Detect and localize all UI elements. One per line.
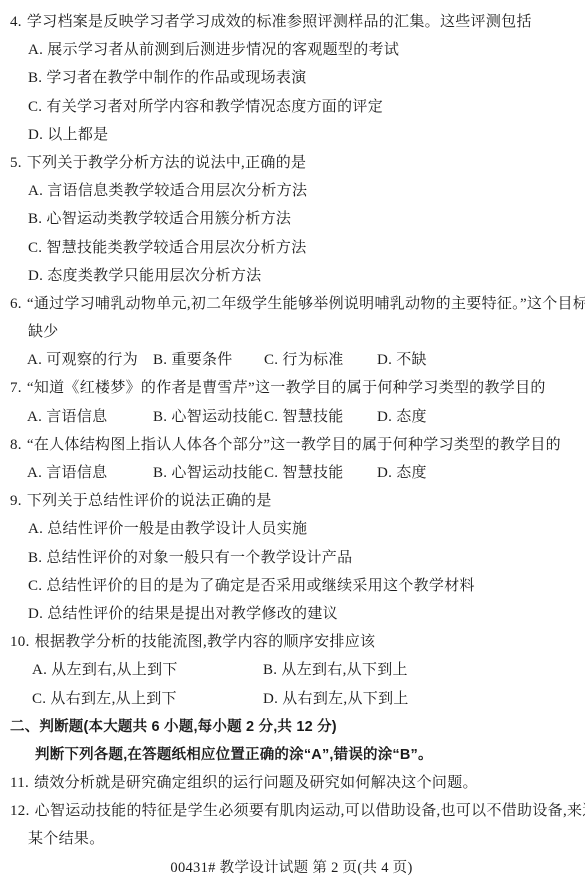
- question-option: B. 学习者在教学中制作的作品或现场表演: [28, 70, 307, 86]
- question-number: 7.: [10, 380, 22, 396]
- option-row: A. 言语信息B. 心智运动技能C. 智慧技能D. 态度: [10, 459, 573, 487]
- option-row: A. 从左到右,从上到下B. 从左到右,从下到上: [10, 656, 573, 684]
- exam-page: 4.学习档案是反映学习者学习成效的标准参照评测样品的汇集。这些评测包括A. 展示…: [0, 0, 585, 885]
- question-option: A. 言语信息: [27, 459, 153, 487]
- question-option: B. 心智运动技能: [153, 403, 264, 431]
- question-option: C. 有关学习者对所学内容和教学情况态度方面的评定: [28, 99, 383, 115]
- question-line: 缺少: [10, 318, 573, 346]
- question-text: “知道《红楼梦》的作者是曹雪芹”这一教学目的属于何种学习类型的教学目的: [27, 380, 546, 396]
- question-option: B. 从左到右,从下到上: [263, 656, 573, 684]
- option-line: A. 展示学习者从前测到后测进步情况的客观题型的考试: [10, 36, 573, 64]
- question-option: C. 从右到左,从上到下: [32, 685, 263, 713]
- option-line: D. 态度类教学只能用层次分析方法: [10, 262, 573, 290]
- option-line: A. 言语信息类教学较适合用层次分析方法: [10, 177, 573, 205]
- question-option: B. 心智运动技能: [153, 459, 264, 487]
- question-option: C. 总结性评价的目的是为了确定是否采用或继续采用这个教学材料: [28, 578, 475, 594]
- section-instruction: 判断下列各题,在答题纸相应位置正确的涂“A”,错误的涂“B”。: [10, 741, 573, 769]
- question-block: 9.下列关于总结性评价的说法正确的是A. 总结性评价一般是由教学设计人员实施B.…: [10, 487, 573, 628]
- option-line: B. 心智运动类教学较适合用簇分析方法: [10, 205, 573, 233]
- question-option: C. 智慧技能: [264, 459, 377, 487]
- question-line: 5.下列关于教学分析方法的说法中,正确的是: [10, 149, 573, 177]
- question-option: D. 态度: [377, 403, 573, 431]
- option-row: A. 可观察的行为B. 重要条件C. 行为标准D. 不缺: [10, 346, 573, 374]
- option-line: D. 以上都是: [10, 121, 573, 149]
- option-line: B. 学习者在教学中制作的作品或现场表演: [10, 64, 573, 92]
- question-number: 9.: [10, 493, 22, 509]
- question-line: 4.学习档案是反映学习者学习成效的标准参照评测样品的汇集。这些评测包括: [10, 8, 573, 36]
- option-row: A. 言语信息B. 心智运动技能C. 智慧技能D. 态度: [10, 403, 573, 431]
- option-line: D. 总结性评价的结果是提出对教学修改的建议: [10, 600, 573, 628]
- question-number: 8.: [10, 437, 22, 453]
- question-block: 4.学习档案是反映学习者学习成效的标准参照评测样品的汇集。这些评测包括A. 展示…: [10, 8, 573, 149]
- question-line: 10.根据教学分析的技能流图,教学内容的顺序安排应该: [10, 628, 573, 656]
- question-option: C. 智慧技能类教学较适合用层次分析方法: [28, 240, 307, 256]
- question-block: 7.“知道《红楼梦》的作者是曹雪芹”这一教学目的属于何种学习类型的教学目的A. …: [10, 374, 573, 430]
- question-option: B. 心智运动类教学较适合用簇分析方法: [28, 211, 291, 227]
- question-number: 4.: [10, 14, 22, 30]
- question-option: A. 言语信息: [27, 403, 153, 431]
- question-text-continued: 某个结果。: [28, 831, 105, 847]
- question-block: 5.下列关于教学分析方法的说法中,正确的是A. 言语信息类教学较适合用层次分析方…: [10, 149, 573, 290]
- question-option: D. 从右到左,从下到上: [263, 685, 573, 713]
- question-line: 9.下列关于总结性评价的说法正确的是: [10, 487, 573, 515]
- question-option: D. 态度类教学只能用层次分析方法: [28, 268, 261, 284]
- question-block: 6.“通过学习哺乳动物单元,初二年级学生能够举例说明哺乳动物的主要特征。”这个目…: [10, 290, 573, 375]
- question-option: D. 态度: [377, 459, 573, 487]
- question-text: “在人体结构图上指认人体各个部分”这一教学目的属于何种学习类型的教学目的: [27, 437, 561, 453]
- section-header: 二、判断题(本大题共 6 小题,每小题 2 分,共 12 分): [10, 713, 573, 741]
- question-option: D. 以上都是: [28, 127, 108, 143]
- option-line: C. 总结性评价的目的是为了确定是否采用或继续采用这个教学材料: [10, 572, 573, 600]
- question-line: 6.“通过学习哺乳动物单元,初二年级学生能够举例说明哺乳动物的主要特征。”这个目…: [10, 290, 573, 318]
- question-option: B. 总结性评价的对象一般只有一个教学设计产品: [28, 550, 352, 566]
- question-line: 12.心智运动技能的特征是学生必须要有肌肉运动,可以借助设备,也可以不借助设备,…: [10, 797, 573, 825]
- question-text: 根据教学分析的技能流图,教学内容的顺序安排应该: [35, 634, 376, 650]
- question-option: D. 总结性评价的结果是提出对教学修改的建议: [28, 606, 338, 622]
- question-text: 下列关于教学分析方法的说法中,正确的是: [27, 155, 306, 171]
- question-option: D. 不缺: [377, 346, 573, 374]
- question-text: 绩效分析就是研究确定组织的运行问题及研究如何解决这个问题。: [34, 775, 478, 791]
- option-line: C. 智慧技能类教学较适合用层次分析方法: [10, 234, 573, 262]
- question-line: 11.绩效分析就是研究确定组织的运行问题及研究如何解决这个问题。: [10, 769, 573, 797]
- question-text: 心智运动技能的特征是学生必须要有肌肉运动,可以借助设备,也可以不借助设备,来达到: [35, 803, 585, 819]
- question-option: C. 智慧技能: [264, 403, 377, 431]
- question-number: 5.: [10, 155, 22, 171]
- question-number: 6.: [10, 296, 22, 312]
- question-text: “通过学习哺乳动物单元,初二年级学生能够举例说明哺乳动物的主要特征。”这个目标: [27, 296, 585, 312]
- question-line: 8.“在人体结构图上指认人体各个部分”这一教学目的属于何种学习类型的教学目的: [10, 431, 573, 459]
- question-line: 7.“知道《红楼梦》的作者是曹雪芹”这一教学目的属于何种学习类型的教学目的: [10, 374, 573, 402]
- question-option: C. 行为标准: [264, 346, 377, 374]
- question-number: 10.: [10, 634, 30, 650]
- question-text-continued: 缺少: [28, 324, 59, 340]
- question-block: 12.心智运动技能的特征是学生必须要有肌肉运动,可以借助设备,也可以不借助设备,…: [10, 797, 573, 853]
- question-block: 11.绩效分析就是研究确定组织的运行问题及研究如何解决这个问题。: [10, 769, 573, 797]
- question-block: 8.“在人体结构图上指认人体各个部分”这一教学目的属于何种学习类型的教学目的A.…: [10, 431, 573, 487]
- question-number: 11.: [10, 775, 29, 791]
- question-option: A. 言语信息类教学较适合用层次分析方法: [28, 183, 307, 199]
- exam-content: 4.学习档案是反映学习者学习成效的标准参照评测样品的汇集。这些评测包括A. 展示…: [10, 8, 573, 854]
- question-text: 下列关于总结性评价的说法正确的是: [27, 493, 272, 509]
- page-footer: 00431# 教学设计试题 第 2 页(共 4 页): [10, 854, 573, 882]
- question-option: B. 重要条件: [153, 346, 264, 374]
- question-option: A. 展示学习者从前测到后测进步情况的客观题型的考试: [28, 42, 399, 58]
- question-number: 12.: [10, 803, 30, 819]
- option-line: B. 总结性评价的对象一般只有一个教学设计产品: [10, 544, 573, 572]
- question-option: A. 从左到右,从上到下: [32, 656, 263, 684]
- option-row: C. 从右到左,从上到下D. 从右到左,从下到上: [10, 685, 573, 713]
- question-block: 10.根据教学分析的技能流图,教学内容的顺序安排应该A. 从左到右,从上到下B.…: [10, 628, 573, 713]
- question-text: 学习档案是反映学习者学习成效的标准参照评测样品的汇集。这些评测包括: [27, 14, 532, 30]
- question-option: A. 总结性评价一般是由教学设计人员实施: [28, 521, 307, 537]
- option-line: A. 总结性评价一般是由教学设计人员实施: [10, 515, 573, 543]
- question-option: A. 可观察的行为: [27, 346, 153, 374]
- option-line: C. 有关学习者对所学内容和教学情况态度方面的评定: [10, 93, 573, 121]
- question-line: 某个结果。: [10, 825, 573, 853]
